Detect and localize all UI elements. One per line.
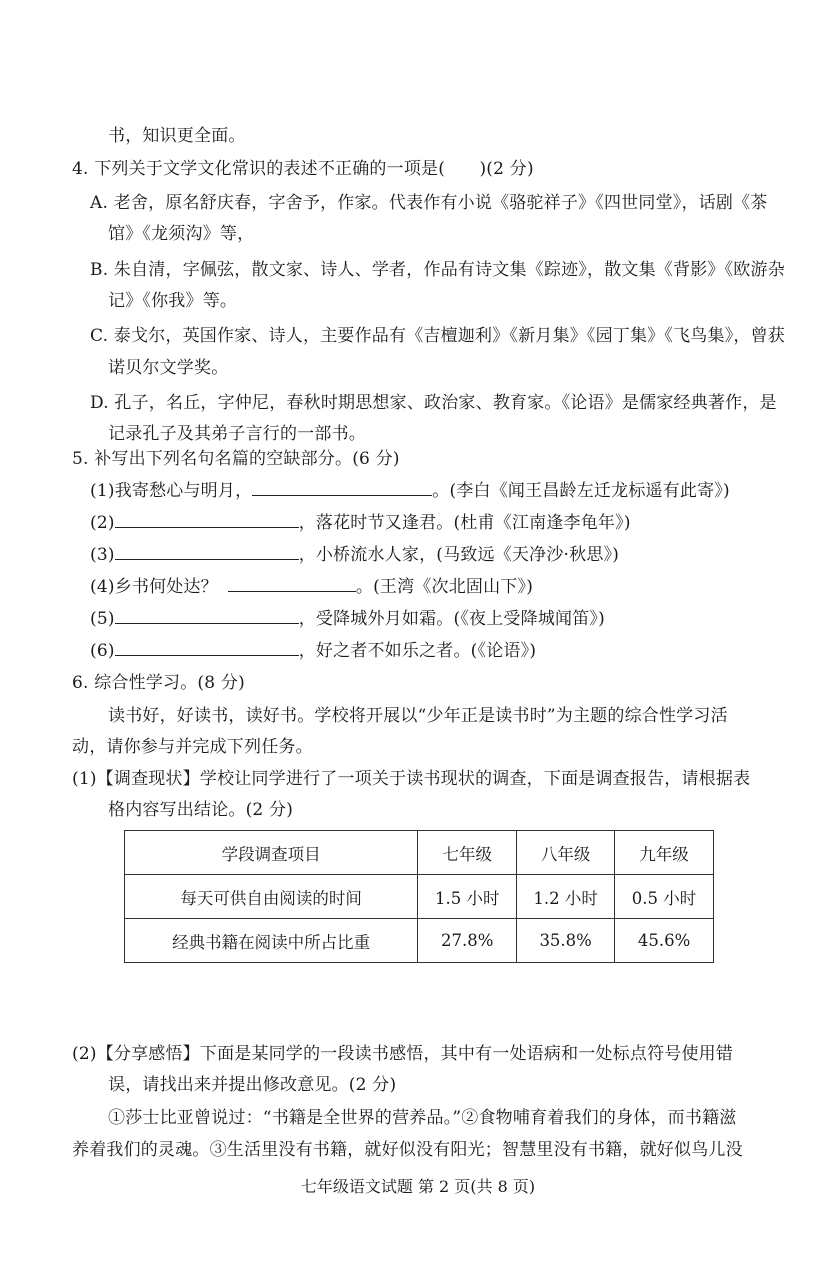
q5-item-5: (5)，受降城外月如霜。(《夜上受降城闻笛》)	[90, 606, 605, 631]
q4-option-a-line2: 馆》《龙须沟》等，	[108, 222, 254, 246]
item-suffix: 。(王湾《次北固山下》)	[356, 577, 533, 597]
survey-table: 学段调查项目 七年级 八年级 九年级 每天可供自由阅读的时间 1.5 小时 1.…	[124, 830, 714, 963]
q4-option-b-line2: 记》《你我》等。	[108, 289, 237, 313]
table-header-cell: 七年级	[418, 831, 517, 875]
q5-stem: 5. 补写出下列名句名篇的空缺部分。(6 分)	[72, 447, 400, 471]
fill-blank[interactable]	[115, 510, 299, 528]
item-suffix: 。(李白《闻王昌龄左迁龙标遥有此寄》)	[432, 481, 730, 501]
page-footer: 七年级语文试题 第 2 页(共 8 页)	[0, 1174, 836, 1197]
q4-option-b-line1: B. 朱自清，字佩弦，散文家、诗人、学者，作品有诗文集《踪迹》，散文集《背影》《…	[90, 258, 785, 282]
q4-option-a-line1: A. 老舍，原名舒庆春，字舍予，作家。代表作有小说《骆驼祥子》《四世同堂》，话剧…	[90, 191, 767, 215]
table-cell: 1.2 小时	[517, 875, 615, 919]
q6-intro-line2: 动，请你参与并完成下列任务。	[72, 735, 313, 759]
item-number: (6)	[90, 641, 115, 661]
q4-option-d-line2: 记录孔子及其弟子言行的一部书。	[108, 422, 366, 446]
q6-part2-line1: (2)【分享感悟】下面是某同学的一段读书感悟，其中有一处语病和一处标点符号使用错	[72, 1042, 733, 1066]
q5-item-6: (6)，好之者不如乐之者。(《论语》)	[90, 638, 536, 663]
item-suffix: ，小桥流水人家，(马致远《天净沙·秋思》)	[299, 545, 619, 565]
item-suffix: ，受降城外月如霜。(《夜上受降城闻笛》)	[299, 609, 605, 629]
table-cell: 35.8%	[517, 919, 615, 963]
q4-stem: 4. 下列关于文学文化常识的表述不正确的一项是( )(2 分)	[72, 157, 534, 181]
carryover-text: 书，知识更全面。	[108, 124, 246, 148]
table-header-cell: 九年级	[615, 831, 714, 875]
table-row: 经典书籍在阅读中所占比重 27.8% 35.8% 45.6%	[125, 919, 714, 963]
table-cell: 经典书籍在阅读中所占比重	[125, 919, 418, 963]
table-cell: 27.8%	[418, 919, 517, 963]
q6-part1-line2: 格内容写出结论。(2 分)	[108, 798, 293, 822]
table-row: 每天可供自由阅读的时间 1.5 小时 1.2 小时 0.5 小时	[125, 875, 714, 919]
item-number: (1)	[90, 481, 115, 501]
fill-blank[interactable]	[252, 478, 432, 496]
table-cell: 1.5 小时	[418, 875, 517, 919]
item-number: (2)	[90, 513, 115, 533]
q5-item-1: (1)我寄愁心与明月，。(李白《闻王昌龄左迁龙标遥有此寄》)	[90, 478, 730, 503]
q4-option-c-line2: 诺贝尔文学奖。	[108, 356, 228, 380]
q6-part2-line2: 误，请找出来并提出修改意见。(2 分)	[108, 1073, 396, 1097]
item-prefix: 我寄愁心与明月，	[115, 481, 253, 501]
q5-item-3: (3)，小桥流水人家，(马致远《天净沙·秋思》)	[90, 542, 619, 567]
passage-line1: ①莎士比亚曾说过：“书籍是全世界的营养品。”②食物哺育着我们的身体，而书籍滋	[108, 1106, 736, 1130]
item-suffix: ，好之者不如乐之者。(《论语》)	[299, 641, 536, 661]
q6-intro-line1: 读书好，好读书，读好书。学校将开展以“少年正是读书时”为主题的综合性学习活	[108, 704, 728, 728]
item-suffix: ，落花时节又逢君。(杜甫《江南逢李龟年》)	[299, 513, 631, 533]
q6-stem: 6. 综合性学习。(8 分)	[72, 671, 245, 695]
q4-option-d-line1: D. 孔子，名丘，字仲尼，春秋时期思想家、政治家、教育家。《论语》是儒家经典著作…	[90, 391, 777, 415]
q5-item-2: (2)，落花时节又逢君。(杜甫《江南逢李龟年》)	[90, 510, 631, 535]
q6-part1-line1: (1)【调查现状】学校让同学进行了一项关于读书现状的调查，下面是调查报告，请根据…	[72, 767, 750, 791]
fill-blank[interactable]	[228, 574, 356, 592]
item-number: (3)	[90, 545, 115, 565]
table-cell: 每天可供自由阅读的时间	[125, 875, 418, 919]
table-cell: 45.6%	[615, 919, 714, 963]
fill-blank[interactable]	[115, 606, 299, 624]
fill-blank[interactable]	[115, 638, 299, 656]
q5-item-4: (4)乡书何处达？。(王湾《次北固山下》)	[90, 574, 533, 599]
passage-line2: 养着我们的灵魂。③生活里没有书籍，就好似没有阳光；智慧里没有书籍，就好似鸟儿没	[72, 1138, 743, 1162]
table-cell: 0.5 小时	[615, 875, 714, 919]
item-number: (5)	[90, 609, 115, 629]
q4-option-c-line1: C. 泰戈尔，英国作家、诗人，主要作品有《吉檀迦利》《新月集》《园丁集》《飞鸟集…	[90, 324, 785, 348]
table-header-cell: 八年级	[517, 831, 615, 875]
table-header-cell: 学段调查项目	[125, 831, 418, 875]
fill-blank[interactable]	[115, 542, 299, 560]
item-number: (4)	[90, 577, 115, 597]
table-header-row: 学段调查项目 七年级 八年级 九年级	[125, 831, 714, 875]
item-prefix: 乡书何处达？	[115, 577, 218, 597]
